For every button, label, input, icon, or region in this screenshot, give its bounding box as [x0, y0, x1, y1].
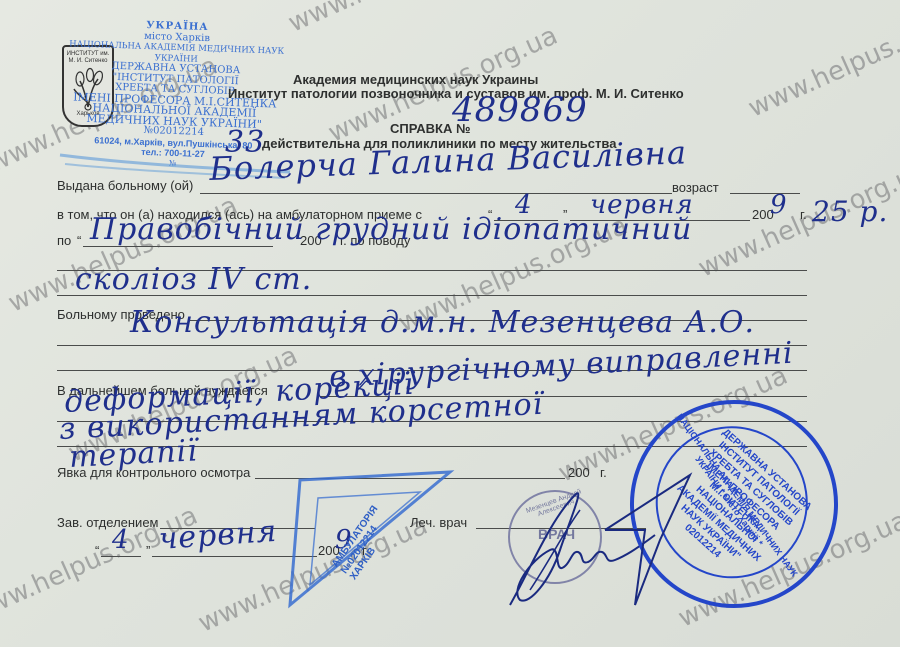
quote-mark: “ [77, 233, 81, 248]
from-year-label: г. [800, 207, 807, 222]
diagnosis-line-1: Правобічний грудний ідіопатичний [90, 212, 692, 247]
signature-flourish [600, 470, 720, 610]
academy-title: Академия медицинских наук Украины [293, 72, 538, 87]
issued-to-label: Выдана больному (ой) [57, 178, 193, 193]
diagnosis-line-2: сколіоз IV ст. [75, 262, 312, 297]
to-label: по [57, 233, 71, 248]
control-year-prefix: 200 [568, 465, 590, 480]
control-label: Явка для контрольного осмотра [57, 465, 250, 480]
sign-day-line [101, 556, 141, 557]
certificate-number: 489869 [452, 90, 588, 130]
sign-month: червня [158, 514, 279, 557]
diagnosis-line [57, 295, 807, 296]
watermark: www.helpus.org.ua [284, 0, 522, 39]
from-year-suffix: 9 [770, 190, 788, 220]
sign-day: 4 [112, 525, 130, 555]
age-line [730, 193, 800, 194]
procedures-text: Консультація д.м.н. Мезенцева А.О. [130, 305, 755, 340]
watermark: www.helpus.org.ua [744, 0, 900, 124]
quote-mark: ” [146, 543, 150, 558]
quote-mark: “ [95, 543, 99, 558]
patient-age-written: 25 р. [812, 195, 888, 228]
dept-head-label: Зав. отделением [57, 515, 159, 530]
